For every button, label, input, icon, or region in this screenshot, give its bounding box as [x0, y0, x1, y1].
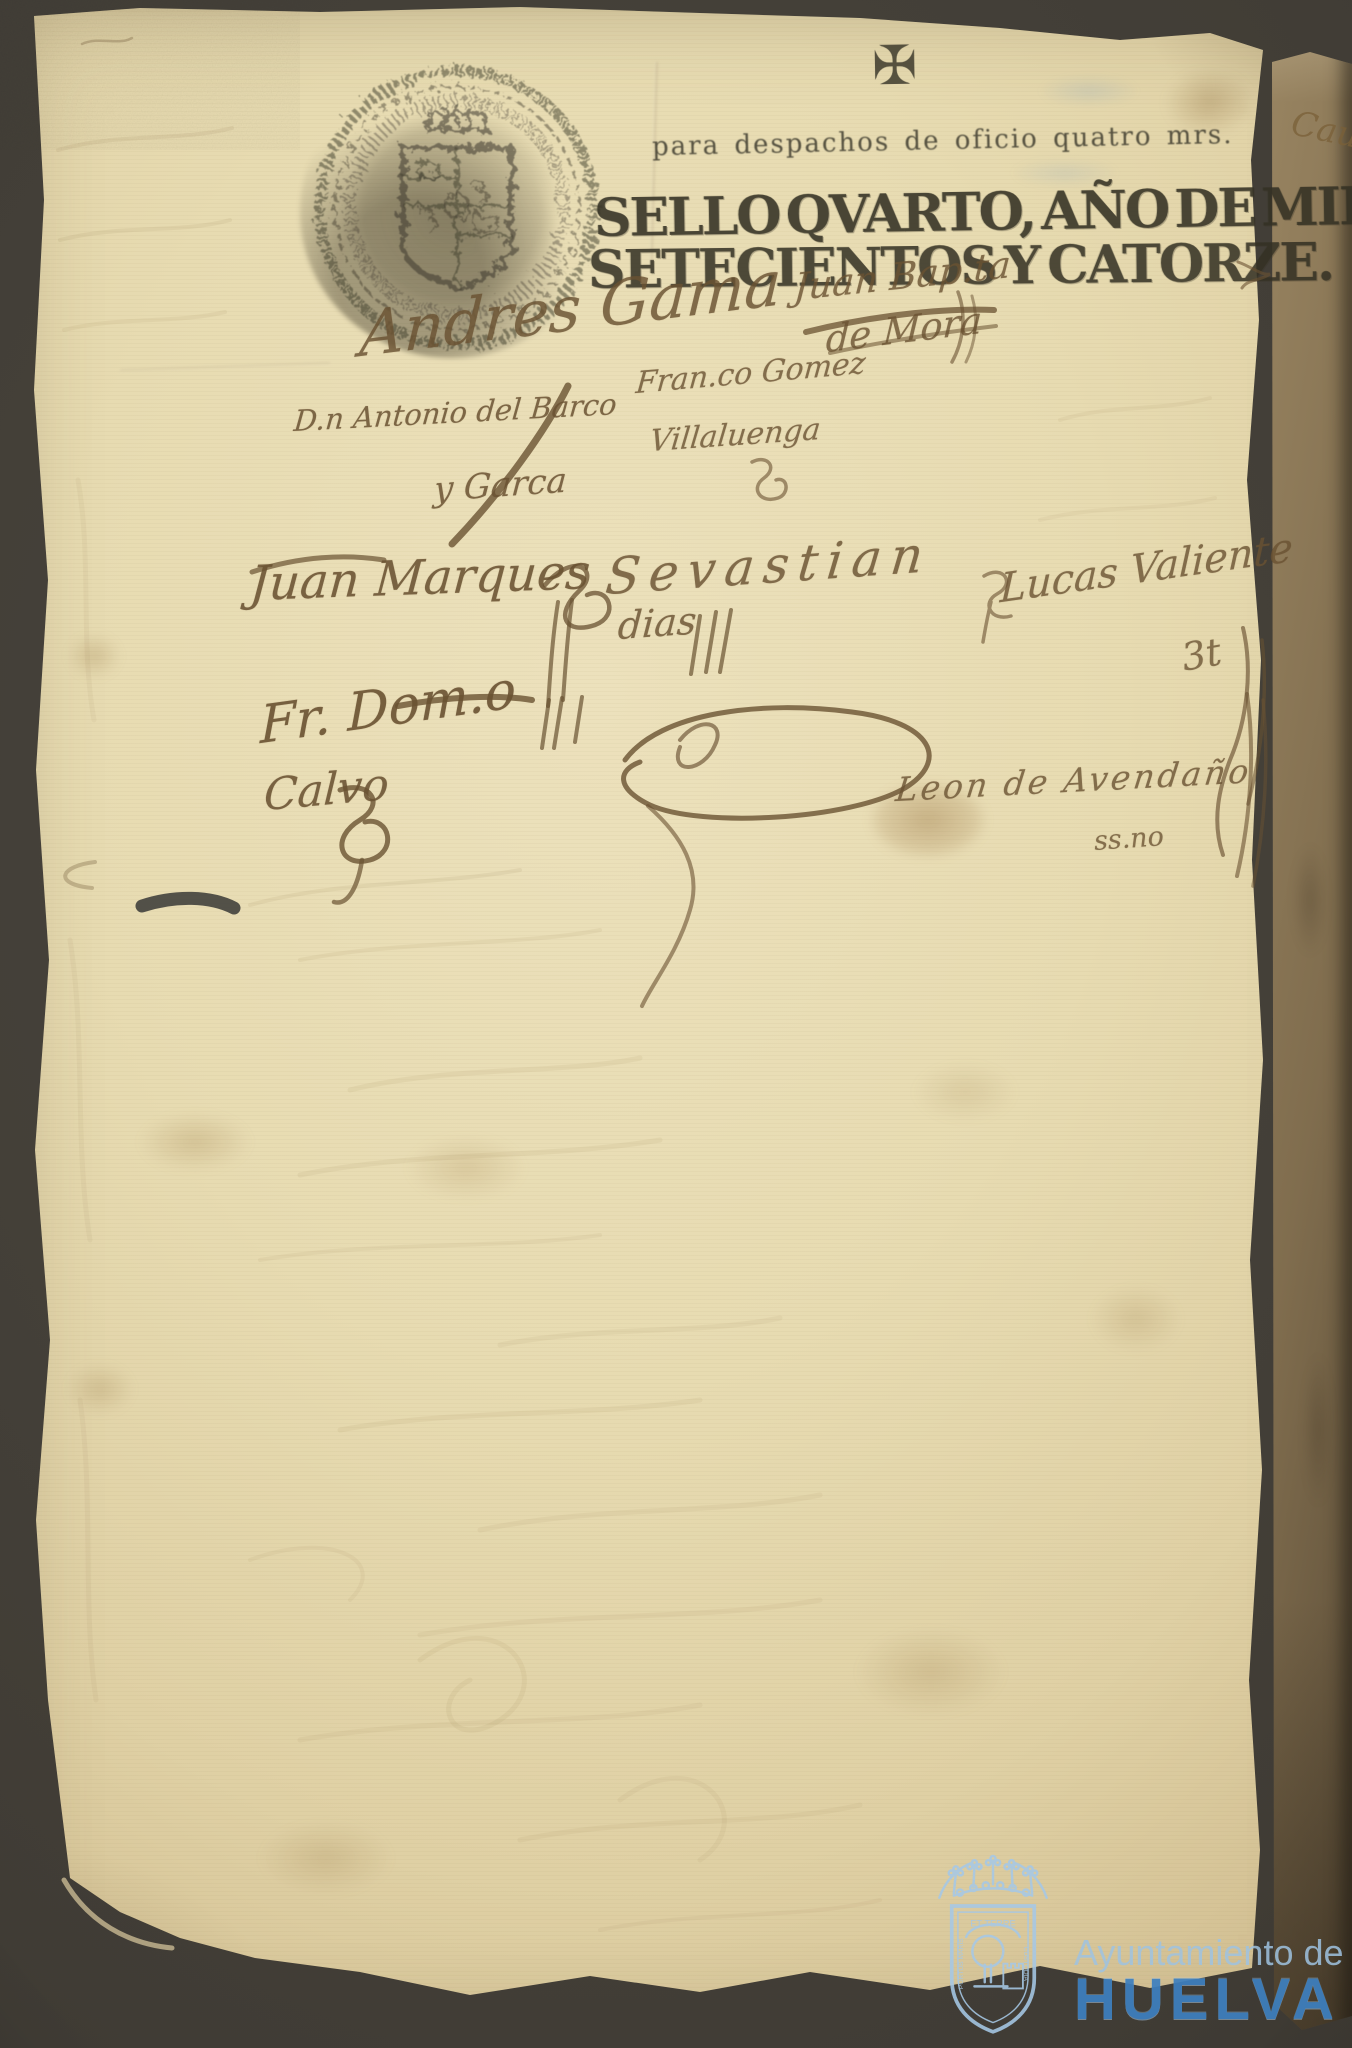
- paper-stain: [1072, 1272, 1200, 1366]
- adjacent-folio-shadow: [1284, 820, 1336, 980]
- paper-stain: [826, 1610, 1036, 1734]
- signature-lucas-valiente-mark: 3t: [1178, 629, 1224, 679]
- paper-stain: [232, 1806, 420, 1910]
- signature-escribano-abbrev: ss.no: [1093, 821, 1165, 857]
- signature-sevastian-line2: dias: [616, 598, 698, 648]
- paper-stain: [892, 1050, 1038, 1134]
- adjacent-folio-shadow: [1296, 1320, 1340, 1540]
- paper-stain: [116, 1100, 274, 1184]
- cross-icon: ✠: [871, 34, 917, 98]
- scanned-document: Cau: [0, 0, 1352, 2048]
- ink-showthrough: [1022, 70, 1156, 112]
- paper-stain: [52, 1352, 148, 1426]
- paper-stain: [56, 624, 132, 688]
- paper-stain: [382, 1122, 550, 1214]
